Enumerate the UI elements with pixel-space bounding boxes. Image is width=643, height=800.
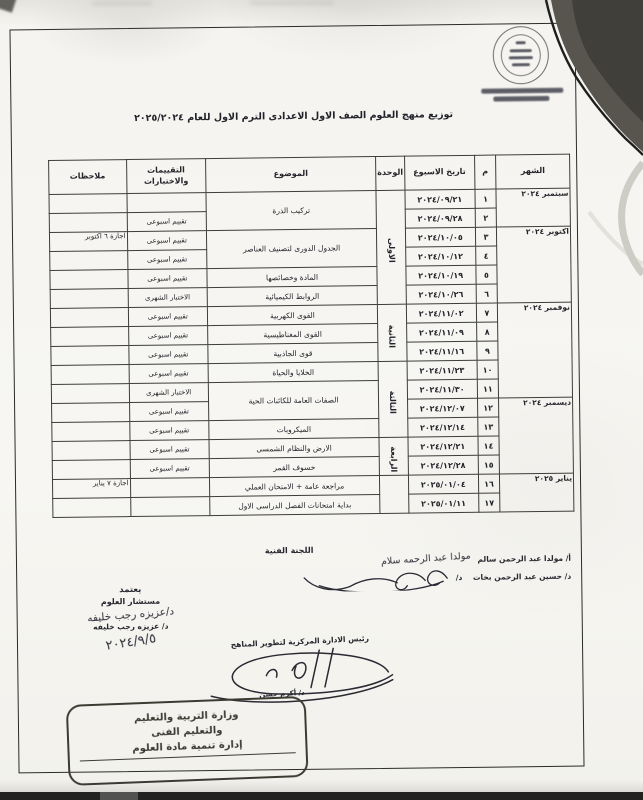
month-cell: نوفمبر ٢٠٢٤ xyxy=(498,302,573,398)
committee-member-2-prefix: د/ xyxy=(456,573,463,582)
topic-cell: الخلايا والحياة xyxy=(208,362,378,383)
note-cell xyxy=(50,289,128,309)
unit-cell: الاولى xyxy=(376,190,406,304)
eval-cell: الاختبار الشهرى xyxy=(129,383,209,403)
eval-cell: تقييم اسبوعى xyxy=(129,421,209,441)
eval-cell: تقييم اسبوعى xyxy=(127,269,207,289)
num-cell: ٥ xyxy=(475,265,497,284)
header-notes: ملاحظات xyxy=(49,160,127,195)
topic-cell: بداية امتحانات الفصل الدراسى الاول xyxy=(210,494,380,515)
num-cell: ٢ xyxy=(475,208,497,227)
num-cell: ١٥ xyxy=(478,455,500,474)
scanned-document-photo: توزيع منهج العلوم الصف الاول الاعدادى ال… xyxy=(0,0,643,800)
header-topic: الموضوع xyxy=(206,157,376,193)
curriculum-schedule-table: الشهر م تاريخ الاسبوع الوحدة الموضوع الت… xyxy=(48,154,574,518)
unit-cell-empty xyxy=(379,475,408,513)
num-cell: ٤ xyxy=(475,246,497,265)
note-cell: اجازة ٧ يناير xyxy=(52,479,130,499)
topic-cell: الميكروبات xyxy=(209,419,379,440)
note-cell xyxy=(51,327,129,347)
topic-cell: الجدول الدورى لتصنيف العناصر xyxy=(206,229,376,269)
topic-cell: خسوف القمر xyxy=(209,457,379,478)
committee-member-1: أ/ مولدا عبد الرحمن سالم xyxy=(477,554,571,564)
num-cell: ١٧ xyxy=(478,493,500,512)
topic-cell: قوى الجاذبية xyxy=(208,343,378,364)
date-cell: ٢٠٢٤/١٢/٢٨ xyxy=(408,455,478,475)
eval-cell: تقييم اسبوعى xyxy=(128,345,208,365)
unit-cell: الثانية xyxy=(377,304,407,361)
date-cell: ٢٠٢٤/٠٩/٢١ xyxy=(405,189,475,209)
num-cell: ٧ xyxy=(476,303,498,322)
unit-label: الثانية xyxy=(388,324,397,347)
unit-label: الاولى xyxy=(386,238,395,263)
num-cell: ١٢ xyxy=(477,398,499,417)
num-cell: ١ xyxy=(474,189,496,208)
topic-cell: المادة وخصائصها xyxy=(207,267,377,288)
date-cell: ٢٠٢٤/١٢/٠٧ xyxy=(407,398,477,418)
num-cell: ١٣ xyxy=(477,417,499,436)
topic-cell: الروابط الكيميائية xyxy=(207,286,377,307)
unit-label: الرابعة xyxy=(389,446,398,472)
note-cell xyxy=(49,213,127,233)
eval-cell: تقييم اسبوعى xyxy=(130,440,210,460)
eval-cell: تقييم اسبوعى xyxy=(128,326,208,346)
eval-cell: تقييم اسبوعى xyxy=(130,459,210,479)
topic-cell: القوى المغناطيسية xyxy=(208,324,378,345)
header-unit: الوحدة xyxy=(376,156,405,190)
unit-cell: الثالثة xyxy=(378,361,408,437)
eval-cell xyxy=(127,193,207,213)
num-cell: ١٦ xyxy=(478,474,500,493)
eval-cell: تقييم اسبوعى xyxy=(129,364,209,384)
approval-label: يعتمد xyxy=(51,584,209,596)
page-border-frame: توزيع منهج العلوم الصف الاول الاعدادى ال… xyxy=(9,23,584,774)
num-cell: ٩ xyxy=(476,341,498,360)
ministry-stamp: وزارة التربية والتعليم والتعليم الفنى إد… xyxy=(66,696,309,786)
unit-cell: الرابعة xyxy=(379,437,408,475)
topic-cell: الارض والنظام الشمسى xyxy=(209,438,379,459)
num-cell: ٨ xyxy=(476,322,498,341)
note-cell xyxy=(49,194,127,214)
eval-cell: تقييم اسبوعى xyxy=(127,212,207,232)
eval-cell: تقييم اسبوعى xyxy=(127,250,207,270)
date-cell: ٢٠٢٤/١٠/١٢ xyxy=(406,246,476,266)
topic-cell: مراجعة عامة + الامتحان العملي xyxy=(209,475,379,496)
photo-bottom-shadow xyxy=(0,780,643,792)
photo-bottom-strip xyxy=(0,792,643,800)
date-cell: ٢٠٢٤/١٠/١٩ xyxy=(406,265,476,285)
note-cell xyxy=(50,270,128,290)
document-title: توزيع منهج العلوم الصف الاول الاعدادى ال… xyxy=(12,108,576,126)
num-cell: ١٤ xyxy=(477,436,499,455)
approval-block: يعتمد مستشار العلوم د/عزيزه رجب خليفه د/… xyxy=(51,584,210,651)
num-cell: ٦ xyxy=(476,284,498,303)
eval-cell: تقييم اسبوعى xyxy=(128,307,208,327)
date-cell: ٢٠٢٤/١٠/٠٥ xyxy=(405,227,475,247)
header-week-date: تاريخ الاسبوع xyxy=(404,155,474,190)
num-cell: ١٠ xyxy=(477,360,499,379)
month-cell: ديسمبر ٢٠٢٤ xyxy=(499,397,574,474)
date-cell: ٢٠٢٤/١١/٢٣ xyxy=(407,360,477,380)
committee-member-2: د/ حسين عبد الرحمن بخات xyxy=(473,572,571,582)
eval-cell xyxy=(130,497,210,517)
date-cell: ٢٠٢٤/١٠/٢٦ xyxy=(406,284,476,304)
eval-cell: الاختبار الشهرى xyxy=(128,288,208,308)
date-cell: ٢٠٢٥/٠١/٠٤ xyxy=(408,474,478,494)
scan-smudge xyxy=(250,1,334,5)
curled-corner-wedge xyxy=(525,0,643,300)
date-cell: ٢٠٢٤/١١/٠٢ xyxy=(406,303,476,323)
num-cell: ٣ xyxy=(475,227,497,246)
handwritten-signature-scribble xyxy=(301,566,451,592)
eval-cell xyxy=(130,478,210,498)
date-cell: ٢٠٢٥/٠١/١١ xyxy=(409,493,479,513)
note-cell xyxy=(52,403,130,423)
unit-label: الثالثة xyxy=(388,391,397,414)
technical-committee-block: اللجنة الفنية أ/ مولدا عبد الرحمن سالم م… xyxy=(231,543,572,593)
month-cell: يناير ٢٠٢٥ xyxy=(500,473,574,512)
note-cell xyxy=(52,422,130,442)
date-cell: ٢٠٢٤/٠٩/٢٨ xyxy=(405,208,475,228)
committee-title: اللجنة الفنية xyxy=(265,546,314,556)
photo-bottom-strip-segment xyxy=(100,792,138,800)
note-cell xyxy=(50,251,128,271)
note-cell xyxy=(50,308,128,328)
date-cell: ٢٠٢٤/١٢/٢١ xyxy=(408,436,478,456)
note-cell xyxy=(51,346,129,366)
note-cell xyxy=(53,498,131,518)
note-cell xyxy=(52,460,130,480)
eval-cell: تقييم اسبوعى xyxy=(129,402,209,422)
note-cell xyxy=(51,365,129,385)
note-cell xyxy=(52,441,130,461)
num-cell: ١١ xyxy=(477,379,499,398)
eval-cell: تقييم اسبوعى xyxy=(127,231,207,251)
date-cell: ٢٠٢٤/١٢/١٤ xyxy=(408,417,478,437)
scan-smudge xyxy=(92,2,152,5)
topic-cell: تركيب الذرة xyxy=(206,191,376,231)
date-cell: ٢٠٢٤/١١/٣٠ xyxy=(407,379,477,399)
topic-cell: القوى الكهربية xyxy=(207,305,377,326)
note-cell xyxy=(51,384,129,404)
date-cell: ٢٠٢٤/١١/١٦ xyxy=(407,341,477,361)
header-evaluations: التقييمات والاختبارات xyxy=(126,159,206,194)
date-cell: ٢٠٢٤/١١/٠٩ xyxy=(406,322,476,342)
note-cell: اجازة ٦ اكتوبر xyxy=(49,232,127,252)
scan-smudge xyxy=(0,0,17,13)
topic-cell: الصفات العامة للكائنات الحية xyxy=(208,381,378,421)
header-num: م xyxy=(474,155,496,189)
